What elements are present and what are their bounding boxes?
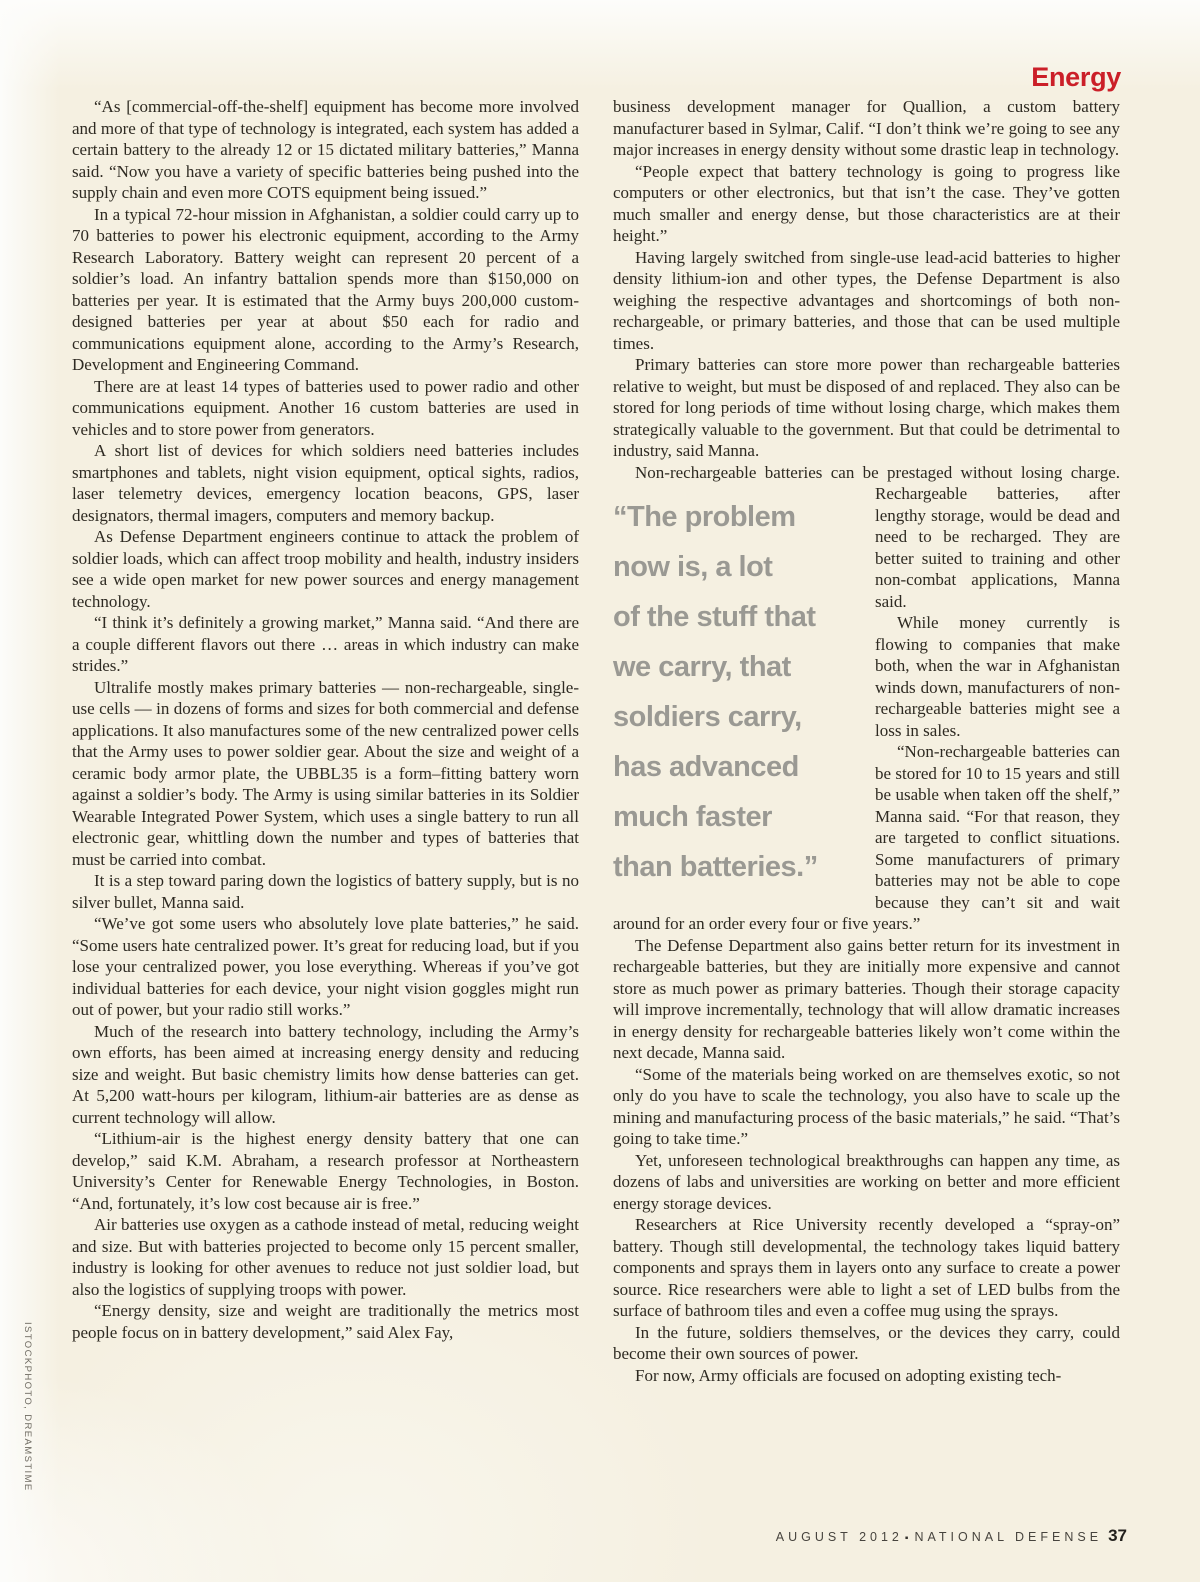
paragraph: In the future, soldiers themselves, or t… — [613, 1322, 1120, 1365]
paragraph: Having largely switched from single-use … — [613, 247, 1120, 355]
photo-credit: ISTOCKPHOTO, DREAMSTIME — [22, 1322, 33, 1492]
paragraph: The Defense Department also gains better… — [613, 935, 1120, 1064]
paragraph: “Some of the materials being worked on a… — [613, 1064, 1120, 1150]
footer-separator-icon: ▪ — [903, 1533, 915, 1544]
paragraph: Ultralife mostly makes primary batteries… — [72, 677, 579, 871]
right-column: business development manager for Quallio… — [613, 96, 1120, 1386]
paragraph: “We’ve got some users who absolutely lov… — [72, 913, 579, 1021]
paragraph: business development manager for Quallio… — [613, 96, 1120, 161]
pull-quote-line: than batteries.” — [613, 842, 853, 892]
paragraph: There are at least 14 types of batteries… — [72, 376, 579, 441]
footer-page-number: 37 — [1102, 1526, 1127, 1545]
paragraph: For now, Army officials are focused on a… — [613, 1365, 1120, 1387]
pull-quote-line: has advanced — [613, 742, 853, 792]
paragraph: “Lithium-air is the highest energy densi… — [72, 1128, 579, 1214]
paragraph: “I think it’s definitely a growing marke… — [72, 612, 579, 677]
pull-quote-line: we carry, that — [613, 642, 853, 692]
paragraph: Yet, unforeseen technological breakthrou… — [613, 1150, 1120, 1215]
wrap-start-text: Non-rechargeable batteries can be presta… — [635, 463, 1062, 482]
left-column: “As [commercial-off-the-shelf] equipment… — [72, 96, 579, 1343]
paragraph: In a typical 72-hour mission in Afghanis… — [72, 204, 579, 376]
pull-quote: “The problemnow is, a lotof the stuff th… — [613, 492, 853, 892]
footer-magazine: NATIONAL DEFENSE — [914, 1530, 1102, 1544]
magazine-page: Energy “As [commercial-off-the-shelf] eq… — [0, 0, 1200, 1582]
paragraph: Air batteries use oxygen as a cathode in… — [72, 1214, 579, 1300]
pull-quote-line: soldiers carry, — [613, 692, 853, 742]
paragraph: A short list of devices for which soldie… — [72, 440, 579, 526]
paragraph: “Energy density, size and weight are tra… — [72, 1300, 579, 1343]
footer-issue: AUGUST 2012 — [776, 1530, 903, 1544]
pull-quote-line: of the stuff that — [613, 592, 853, 642]
pull-quote-line: much faster — [613, 792, 853, 842]
paragraph: “People expect that battery technology i… — [613, 161, 1120, 247]
pull-quote-line: now is, a lot — [613, 542, 853, 592]
wrap-rest-text: charge. Rechargeable batteries, after le… — [875, 463, 1120, 611]
paragraph: As Defense Department engineers continue… — [72, 526, 579, 612]
page-footer: AUGUST 2012▪NATIONAL DEFENSE37 — [776, 1526, 1127, 1546]
paragraph: Primary batteries can store more power t… — [613, 354, 1120, 462]
paragraph: Researchers at Rice University recently … — [613, 1214, 1120, 1322]
right-column-top-paragraphs: business development manager for Quallio… — [613, 96, 1120, 462]
pull-quote-line: “The problem — [613, 492, 853, 542]
paragraph: Much of the research into battery techno… — [72, 1021, 579, 1129]
section-label: Energy — [1031, 62, 1121, 93]
paragraph: “As [commercial-off-the-shelf] equipment… — [72, 96, 579, 204]
wrap-paragraph: Non-rechargeable batteries can be presta… — [613, 462, 1120, 613]
paragraph: It is a step toward paring down the logi… — [72, 870, 579, 913]
